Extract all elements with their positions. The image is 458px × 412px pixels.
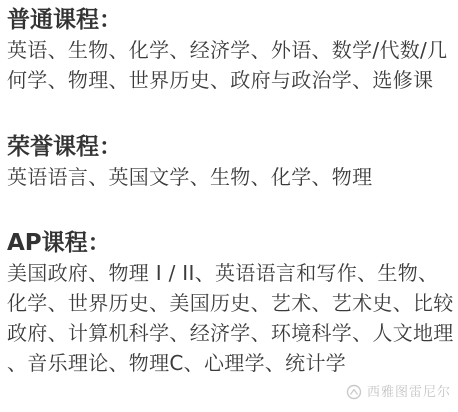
section-honors-courses: 荣誉课程： 英语语言、英国文学、生物、化学、物理 — [7, 132, 451, 192]
honors-courses-line-1: 英语语言、英国文学、生物、化学、物理 — [7, 162, 451, 192]
watermark: 西雅图雷尼尔 — [7, 384, 451, 400]
honors-courses-title: 荣誉课程： — [7, 132, 451, 162]
ap-courses-line-2: 化学、世界历史、美国历史、艺术、艺术史、比较 — [7, 288, 451, 318]
ap-courses-line-1: 美国政府、物理 I / II、英语语言和写作、生物、 — [7, 258, 451, 288]
section-regular-courses: 普通课程： 英语、生物、化学、经济学、外语、数学/代数/几 何学、物理、世界历史… — [7, 5, 451, 95]
watermark-text: 西雅图雷尼尔 — [367, 385, 451, 400]
ap-courses-line-4: 、音乐理论、物理C、心理学、统计学 — [7, 348, 451, 378]
course-list-document: 普通课程： 英语、生物、化学、经济学、外语、数学/代数/几 何学、物理、世界历史… — [0, 0, 458, 412]
regular-courses-title: 普通课程： — [7, 5, 451, 35]
ap-courses-title: AP课程： — [7, 228, 451, 258]
ap-courses-line-3: 政府、计算机科学、经济学、环境科学、人文地理 — [7, 318, 451, 348]
regular-courses-line-2: 何学、物理、世界历史、政府与政治学、选修课 — [7, 65, 451, 95]
regular-courses-line-1: 英语、生物、化学、经济学、外语、数学/代数/几 — [7, 35, 451, 65]
section-ap-courses: AP课程： 美国政府、物理 I / II、英语语言和写作、生物、 化学、世界历史… — [7, 228, 451, 378]
mountain-circle-logo-icon — [346, 384, 362, 400]
